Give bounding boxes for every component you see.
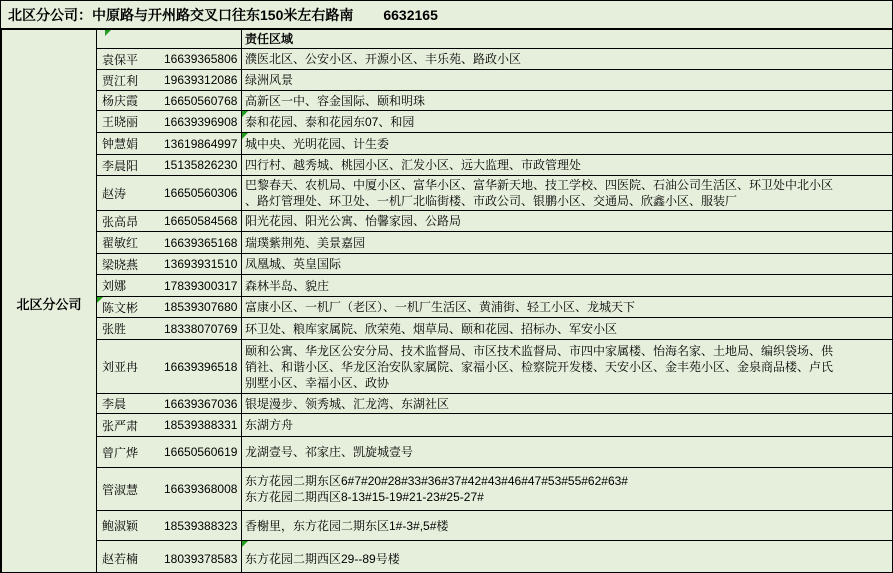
staff-phone: 16650560768	[164, 94, 237, 108]
name-phone-cell[interactable]: 管淑慧16639368008	[97, 468, 242, 511]
region-cell[interactable]: 阳光花园、阳光公寓、怡馨家园、公路局	[242, 211, 893, 232]
name-phone-cell[interactable]: 张严肃18539388331	[97, 414, 242, 437]
name-phone-cell[interactable]: 张高昂16650584568	[97, 211, 242, 232]
staff-phone: 16639365168	[164, 236, 237, 250]
staff-phone: 18539388331	[164, 418, 237, 432]
region-header-label: 责任区域	[245, 31, 889, 47]
branch-address-title: 北区分公司：中原路与开州路交叉口往东150米左右路南	[8, 5, 353, 25]
staff-phone: 13693931510	[164, 257, 237, 271]
name-phone-cell[interactable]: 杨庆霞16650560768	[97, 91, 242, 111]
region-text: 东方花园二期西区29--89号楼	[245, 551, 889, 567]
table-row: 张胜18338070769环卫处、粮库家属院、欣荣苑、烟草局、颐和花园、招标办、…	[2, 318, 893, 340]
table-row: 管淑慧16639368008东方花园二期东区6#7#20#28#33#36#37…	[2, 468, 893, 511]
header-region-cell[interactable]: 责任区域	[242, 30, 893, 49]
region-text: 瑞璞紫荆苑、美景嘉园	[245, 235, 889, 251]
region-text: 银堤漫步、领秀城、汇龙湾、东湖社区	[245, 396, 889, 412]
staff-name: 袁保平	[97, 51, 164, 68]
name-phone-cell[interactable]: 赵若楠18039378583	[97, 541, 242, 573]
staff-phone: 16639368008	[164, 482, 237, 496]
title-bar: 北区分公司：中原路与开州路交叉口往东150米左右路南 6632165	[1, 1, 892, 29]
region-text: 阳光花园、阳光公寓、怡馨家园、公路局	[245, 213, 889, 229]
staff-phone: 13619864997	[164, 137, 237, 151]
staff-phone: 18539307680	[164, 300, 237, 314]
company-cell[interactable]: 北区分公司	[2, 30, 97, 573]
staff-name: 赵若楠	[97, 550, 164, 567]
staff-phone: 16639367036	[164, 397, 237, 411]
name-phone-cell[interactable]: 贾江利19639312086	[97, 70, 242, 91]
table-row: 刘亚冉16639396518颐和公寓、华龙区公安分局、技术监督局、市区技术监督局…	[2, 340, 893, 394]
region-text: 东湖方舟	[245, 417, 889, 433]
staff-name: 李晨	[97, 395, 164, 412]
region-cell[interactable]: 四行村、越秀城、桃园小区、汇发小区、远大监理、市政管理处	[242, 155, 893, 176]
staff-phone: 16639396518	[164, 360, 237, 374]
table-row: 李晨16639367036银堤漫步、领秀城、汇龙湾、东湖社区	[2, 394, 893, 414]
staff-name: 张胜	[97, 320, 164, 337]
staff-name: 李晨阳	[97, 157, 164, 174]
table-row: 梁晓燕13693931510凤凰城、英皇国际	[2, 254, 893, 275]
header-row: 北区分公司责任区域	[2, 30, 893, 49]
name-phone-cell[interactable]: 王晓丽16639396908	[97, 111, 242, 133]
staff-name: 王晓丽	[97, 113, 164, 130]
staff-name: 刘亚冉	[97, 358, 164, 375]
region-cell[interactable]: 泰和花园、泰和花园东07、和园	[242, 111, 893, 133]
region-text: 森林半岛、貌庄	[245, 278, 889, 294]
staff-phone: 15135826230	[164, 158, 237, 172]
staff-phone: 17839300317	[164, 279, 237, 293]
table-row: 鲍淑颖18539388323香榭里，东方花园二期东区1#-3#,5#楼	[2, 511, 893, 541]
region-cell[interactable]: 富康小区、一机厂（老区）、一机厂生活区、黄浦街、轻工小区、龙城天下	[242, 297, 893, 318]
staff-name: 刘娜	[97, 277, 164, 294]
staff-phone: 18039378583	[164, 552, 237, 566]
staff-phone: 16639365806	[164, 52, 237, 66]
cell-note-triangle-icon	[242, 133, 248, 139]
spreadsheet-view: 北区分公司：中原路与开州路交叉口往东150米左右路南 6632165 北区分公司…	[0, 0, 893, 573]
name-phone-cell[interactable]: 曾广烨16650560619	[97, 437, 242, 468]
name-phone-cell[interactable]: 刘亚冉16639396518	[97, 340, 242, 394]
region-cell[interactable]: 瑞璞紫荆苑、美景嘉园	[242, 232, 893, 254]
cell-note-triangle-icon	[105, 30, 111, 36]
region-text: 凤凰城、英皇国际	[245, 256, 889, 272]
staff-name: 鲍淑颖	[97, 517, 164, 534]
region-cell[interactable]: 东方花园二期东区6#7#20#28#33#36#37#42#43#46#47#5…	[242, 468, 893, 511]
staff-phone: 18539388323	[164, 519, 237, 533]
staff-name: 翟敏红	[97, 234, 164, 251]
region-text: 巴黎春天、农机局、中厦小区、富华小区、富华新天地、技工学校、四医院、石油公司生活…	[245, 177, 889, 209]
name-phone-cell[interactable]: 钟慧娟13619864997	[97, 133, 242, 155]
name-phone-cell[interactable]: 李晨16639367036	[97, 394, 242, 414]
staff-name: 管淑慧	[97, 481, 164, 498]
table-row: 钟慧娟13619864997城中央、光明花园、计生委	[2, 133, 893, 155]
table-row: 陈文彬18539307680富康小区、一机厂（老区）、一机厂生活区、黄浦街、轻工…	[2, 297, 893, 318]
staff-phone: 16650584568	[164, 214, 237, 228]
name-phone-cell[interactable]: 陈文彬18539307680	[97, 297, 242, 318]
staff-name: 张严肃	[97, 417, 164, 434]
table-row: 王晓丽16639396908泰和花园、泰和花园东07、和园	[2, 111, 893, 133]
region-text: 颐和公寓、华龙区公安分局、技术监督局、市区技术监督局、市四中家属楼、怡海名家、土…	[245, 343, 889, 391]
table-row: 张高昂16650584568阳光花园、阳光公寓、怡馨家园、公路局	[2, 211, 893, 232]
region-cell[interactable]: 高新区一中、容金国际、颐和明珠	[242, 91, 893, 111]
header-name-phone-cell[interactable]	[97, 30, 242, 49]
staff-name: 赵涛	[97, 185, 164, 202]
name-phone-cell[interactable]: 张胜18338070769	[97, 318, 242, 340]
region-cell[interactable]: 颐和公寓、华龙区公安分局、技术监督局、市区技术监督局、市四中家属楼、怡海名家、土…	[242, 340, 893, 394]
staff-name: 贾江利	[97, 72, 164, 89]
table-row: 袁保平16639365806濮医北区、公安小区、开源小区、丰乐苑、路政小区	[2, 49, 893, 70]
region-cell[interactable]: 东湖方舟	[242, 414, 893, 437]
table-row: 张严肃18539388331东湖方舟	[2, 414, 893, 437]
table-row: 刘娜17839300317森林半岛、貌庄	[2, 275, 893, 297]
staff-phone: 16650560619	[164, 445, 237, 459]
cell-note-triangle-icon	[242, 111, 248, 117]
region-text: 泰和花园、泰和花园东07、和园	[245, 114, 889, 130]
branch-phone-number: 6632165	[383, 7, 438, 23]
staff-name: 陈文彬	[97, 299, 164, 316]
staff-phone: 19639312086	[164, 73, 237, 87]
staff-name: 梁晓燕	[97, 256, 164, 273]
region-cell[interactable]: 银堤漫步、领秀城、汇龙湾、东湖社区	[242, 394, 893, 414]
name-phone-cell[interactable]: 李晨阳15135826230	[97, 155, 242, 176]
cell-note-triangle-icon	[97, 297, 103, 303]
region-cell[interactable]: 巴黎春天、农机局、中厦小区、富华小区、富华新天地、技工学校、四医院、石油公司生活…	[242, 176, 893, 211]
region-text: 高新区一中、容金国际、颐和明珠	[245, 93, 889, 109]
region-cell[interactable]: 香榭里，东方花园二期东区1#-3#,5#楼	[242, 511, 893, 541]
table-row: 翟敏红16639365168瑞璞紫荆苑、美景嘉园	[2, 232, 893, 254]
region-cell[interactable]: 森林半岛、貌庄	[242, 275, 893, 297]
region-cell[interactable]: 环卫处、粮库家属院、欣荣苑、烟草局、颐和花园、招标办、军安小区	[242, 318, 893, 340]
region-text: 富康小区、一机厂（老区）、一机厂生活区、黄浦街、轻工小区、龙城天下	[245, 299, 889, 315]
table-row: 李晨阳15135826230四行村、越秀城、桃园小区、汇发小区、远大监理、市政管…	[2, 155, 893, 176]
region-text: 绿洲风景	[245, 72, 889, 88]
table-row: 赵涛16650560306巴黎春天、农机局、中厦小区、富华小区、富华新天地、技工…	[2, 176, 893, 211]
cell-note-triangle-icon	[242, 541, 248, 547]
region-cell[interactable]: 龙湖壹号、祁家庄、凯旋城壹号	[242, 437, 893, 468]
staff-table: 北区分公司责任区域袁保平16639365806濮医北区、公安小区、开源小区、丰乐…	[1, 29, 893, 573]
table-row: 杨庆霞16650560768高新区一中、容金国际、颐和明珠	[2, 91, 893, 111]
name-phone-cell[interactable]: 袁保平16639365806	[97, 49, 242, 70]
staff-phone: 16650560306	[164, 186, 237, 200]
staff-name: 钟慧娟	[97, 135, 164, 152]
name-phone-cell[interactable]: 梁晓燕13693931510	[97, 254, 242, 275]
region-cell[interactable]: 绿洲风景	[242, 70, 893, 91]
staff-phone: 18338070769	[164, 322, 237, 336]
region-text: 香榭里，东方花园二期东区1#-3#,5#楼	[245, 518, 889, 534]
region-cell[interactable]: 濮医北区、公安小区、开源小区、丰乐苑、路政小区	[242, 49, 893, 70]
region-cell[interactable]: 东方花园二期西区29--89号楼	[242, 541, 893, 573]
name-phone-cell[interactable]: 翟敏红16639365168	[97, 232, 242, 254]
region-text: 四行村、越秀城、桃园小区、汇发小区、远大监理、市政管理处	[245, 157, 889, 173]
region-text: 龙湖壹号、祁家庄、凯旋城壹号	[245, 444, 889, 460]
region-text: 城中央、光明花园、计生委	[245, 136, 889, 152]
staff-name: 曾广烨	[97, 444, 164, 461]
name-phone-cell[interactable]: 刘娜17839300317	[97, 275, 242, 297]
region-cell[interactable]: 凤凰城、英皇国际	[242, 254, 893, 275]
name-phone-cell[interactable]: 赵涛16650560306	[97, 176, 242, 211]
staff-phone: 16639396908	[164, 115, 237, 129]
name-phone-cell[interactable]: 鲍淑颖18539388323	[97, 511, 242, 541]
region-text: 东方花园二期东区6#7#20#28#33#36#37#42#43#46#47#5…	[245, 473, 889, 505]
region-text: 濮医北区、公安小区、开源小区、丰乐苑、路政小区	[245, 51, 889, 67]
table-row: 贾江利19639312086绿洲风景	[2, 70, 893, 91]
staff-name: 张高昂	[97, 213, 164, 230]
table-row: 曾广烨16650560619龙湖壹号、祁家庄、凯旋城壹号	[2, 437, 893, 468]
region-text: 环卫处、粮库家属院、欣荣苑、烟草局、颐和花园、招标办、军安小区	[245, 321, 889, 337]
staff-name: 杨庆霞	[97, 92, 164, 109]
table-row: 赵若楠18039378583东方花园二期西区29--89号楼	[2, 541, 893, 573]
region-cell[interactable]: 城中央、光明花园、计生委	[242, 133, 893, 155]
